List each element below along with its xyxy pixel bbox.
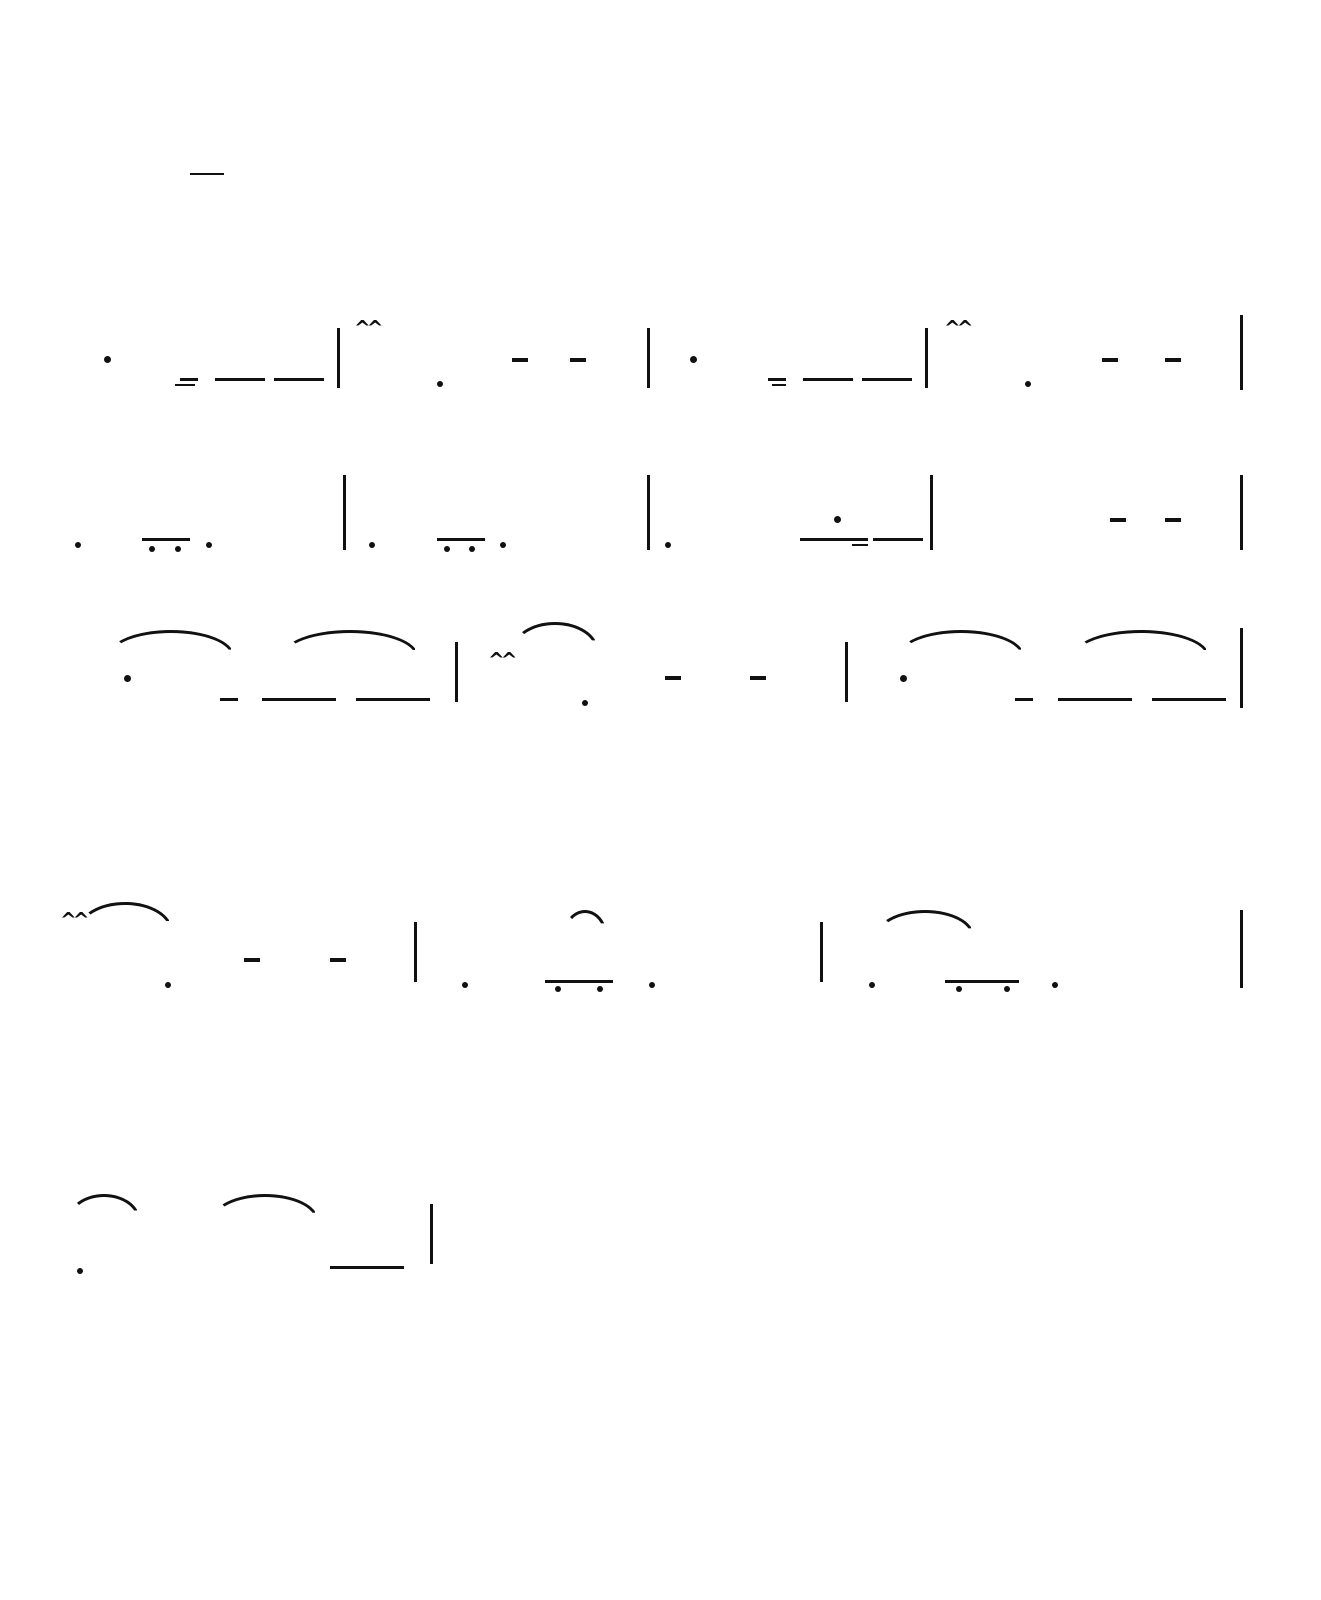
dash-extension — [665, 676, 681, 680]
underline-beam — [274, 378, 324, 381]
bar-line — [1240, 315, 1243, 390]
lower-octave-dot — [165, 982, 171, 988]
underline-beam — [800, 538, 868, 541]
trill-icon: ^^ — [944, 316, 970, 340]
bar-line — [845, 642, 848, 702]
slur — [68, 1194, 140, 1220]
underline-beam — [215, 378, 265, 381]
bar-line — [414, 922, 417, 982]
lower-octave-dot — [649, 982, 655, 988]
bar-line — [430, 1204, 433, 1264]
lower-octave-dot — [1025, 381, 1031, 387]
lower-octave-dot — [149, 546, 155, 552]
augmentation-dot — [690, 356, 697, 363]
underline-beam — [545, 980, 613, 983]
time-signature — [190, 172, 224, 176]
dash-extension — [330, 958, 346, 962]
lower-octave-dot — [444, 546, 450, 552]
slur — [282, 630, 418, 656]
trill-icon: ^^ — [488, 648, 514, 672]
slur — [78, 902, 172, 930]
lower-octave-dot — [500, 542, 506, 548]
lower-octave-dot — [462, 982, 468, 988]
slur — [108, 630, 234, 656]
underline-beam — [330, 1266, 404, 1269]
underline-beam — [873, 538, 923, 541]
underline-beam-double — [175, 384, 195, 386]
underline-beam — [437, 538, 485, 541]
lower-octave-dot — [75, 542, 81, 548]
dash-extension — [244, 958, 260, 962]
dash-extension — [570, 358, 586, 362]
lower-octave-dot — [597, 986, 603, 992]
dash-extension — [1102, 358, 1118, 362]
staff-line-2 — [0, 470, 1321, 560]
slur — [1073, 630, 1209, 656]
lower-octave-dot — [437, 381, 443, 387]
slur — [212, 1194, 318, 1220]
augmentation-dot — [900, 675, 907, 682]
lower-octave-dot — [175, 546, 181, 552]
bar-line — [647, 475, 650, 550]
underline-beam — [862, 378, 912, 381]
tempo-marking — [62, 262, 114, 287]
augmentation-dot — [834, 516, 841, 523]
bar-line — [455, 642, 458, 702]
lower-octave-dot — [369, 542, 375, 548]
dash-extension — [1110, 518, 1126, 522]
bar-line — [1240, 910, 1243, 988]
augmentation-dot — [124, 675, 131, 682]
underline-beam — [180, 378, 198, 381]
bar-line — [337, 328, 340, 388]
underline-beam — [945, 980, 1019, 983]
staff-line-1: ^^ ^^ — [0, 310, 1321, 400]
trill-icon: ^^ — [354, 316, 380, 340]
staff-line-4: ^^ — [0, 900, 1321, 1110]
staff-line-3: ^^ — [0, 620, 1321, 830]
underline-beam — [1152, 698, 1226, 701]
dash-extension — [1165, 358, 1181, 362]
lower-octave-dot — [206, 542, 212, 548]
underline-beam — [803, 378, 853, 381]
bar-line — [820, 922, 823, 982]
underline-beam — [142, 538, 190, 541]
augmentation-dot — [104, 356, 111, 363]
underline-beam — [220, 698, 238, 701]
lower-octave-dot — [665, 542, 671, 548]
bar-line — [925, 328, 928, 388]
bar-line — [1240, 628, 1243, 708]
slur — [512, 622, 598, 650]
underline-beam — [768, 378, 786, 381]
staff-line-5 — [0, 1180, 1321, 1400]
underline-beam-double — [772, 384, 786, 386]
bar-line — [343, 475, 346, 550]
dash-extension — [750, 676, 766, 680]
underline-beam-double — [852, 544, 868, 546]
lower-octave-dot — [1004, 986, 1010, 992]
bar-line — [930, 475, 933, 550]
lower-octave-dot — [77, 1268, 83, 1274]
lower-octave-dot — [555, 986, 561, 992]
underline-beam — [1058, 698, 1132, 701]
lower-octave-dot — [469, 546, 475, 552]
lower-octave-dot — [582, 700, 588, 706]
lower-octave-dot — [956, 986, 962, 992]
slur — [898, 630, 1024, 656]
dash-extension — [1165, 518, 1181, 522]
lower-octave-dot — [869, 982, 875, 988]
slur — [876, 910, 974, 936]
slur — [563, 910, 607, 936]
lower-octave-dot — [1052, 982, 1058, 988]
bar-line — [1240, 475, 1243, 550]
underline-beam — [1015, 698, 1033, 701]
dash-extension — [512, 358, 528, 362]
bar-line — [647, 328, 650, 388]
underline-beam — [262, 698, 336, 701]
time-signature-divider — [190, 173, 224, 175]
underline-beam — [356, 698, 430, 701]
